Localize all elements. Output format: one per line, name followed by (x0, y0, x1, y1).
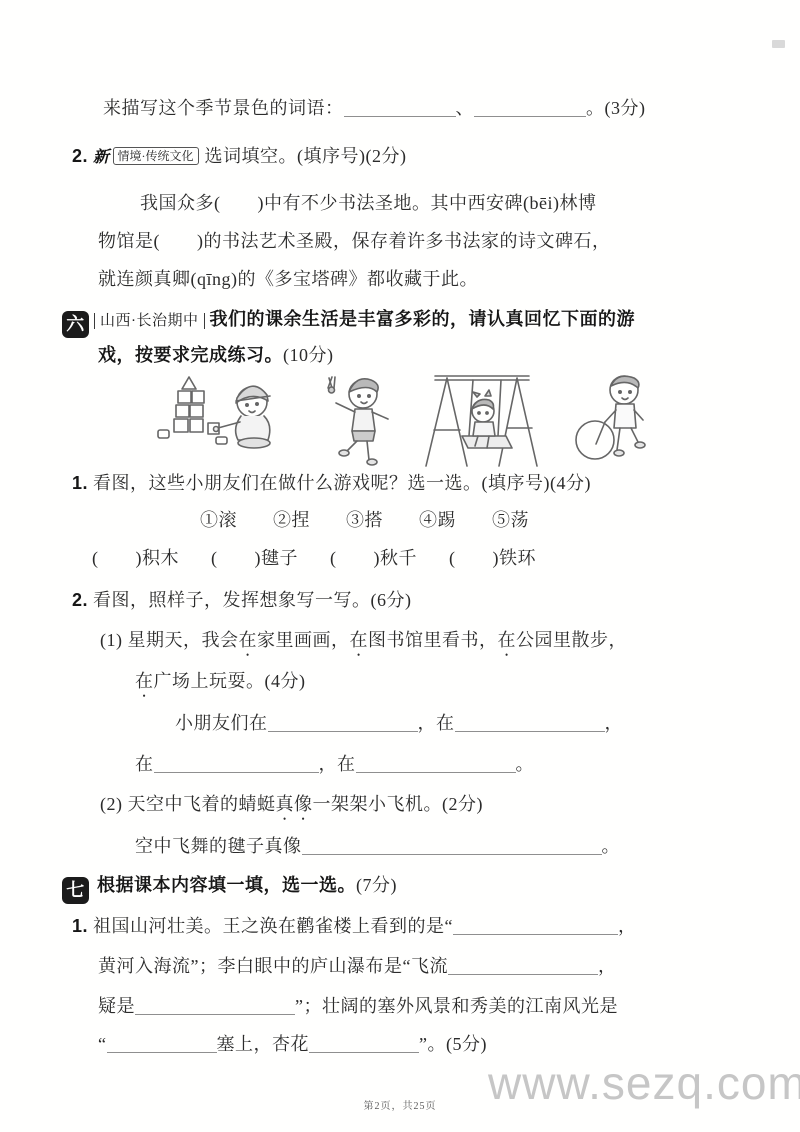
answer-blank (455, 714, 605, 732)
example-text: 天空中飞着的蜻蜓 (128, 794, 276, 814)
emphasized-char: 在 (498, 630, 517, 650)
fill-text: 在 (135, 754, 154, 774)
question-text: ”。 (419, 1034, 446, 1054)
section-title: 我们的课余生活是丰富多彩的，请认真回忆下面的游 (210, 309, 636, 329)
s6-question-1: 1.看图，这些小朋友们在做什么游戏呢？选一选。(填序号)(4分) (72, 470, 591, 496)
answer-slot-swing: ( )秋千 (330, 548, 417, 568)
answer-blank (268, 714, 418, 732)
section-6-badge: 六 (62, 311, 89, 338)
score-label: (2分) (442, 794, 483, 814)
s6-question-2: 2.看图，照样子，发挥想象写一写。(6分) (72, 587, 412, 613)
fill-text: ，在 (418, 713, 455, 733)
question-text: ， (618, 916, 637, 936)
answer-blank (356, 755, 516, 773)
new-tag: 新 (93, 149, 110, 166)
question-text: ”；壮阔的塞外风景和秀美的江南风光是 (295, 996, 618, 1016)
paragraph-text: 就连颜真卿(qīng)的《多宝塔碑》都收藏于此。 (98, 269, 478, 289)
separator: 、 (456, 98, 475, 118)
score-label: (10分) (283, 345, 334, 365)
answer-slot-blocks: ( )积木 (92, 548, 179, 568)
question-prev-line: 来描写这个季节景色的词语：、。(3分) (103, 95, 646, 121)
source-tag: 山西·长治期中 (94, 313, 205, 329)
option-3: ③搭 (346, 510, 383, 530)
section-7-badge: 七 (62, 877, 89, 904)
sub-number: (1) (100, 630, 123, 650)
question-2-header: 2.新情境·传统文化选词填空。(填序号)(2分) (72, 143, 407, 171)
example-text: 图书馆里看书， (368, 630, 498, 650)
question-number: 1. (72, 473, 88, 493)
answer-blank (448, 957, 598, 975)
illustration-swinging (415, 366, 561, 470)
paragraph-text: 物馆是( )的书法艺术圣殿，保存着许多书法家的诗文碑石， (98, 231, 611, 251)
section-title-cont: 戏，按要求完成练习。 (98, 345, 283, 365)
question-text: 疑是 (98, 996, 135, 1016)
illustration-rolling-hoop (572, 370, 662, 468)
question-text: “ (98, 1034, 107, 1054)
option-2: ②捏 (273, 510, 310, 530)
paragraph-text: 我国众多( )中有不少书法圣地。其中西安碑(bēi)林博 (140, 193, 596, 213)
paragraph-line-2: 物馆是( )的书法艺术圣殿，保存着许多书法家的诗文碑石， (98, 228, 611, 254)
fill-text: ，在 (319, 754, 356, 774)
page-number-footer: 第2页，共25页 (0, 1097, 800, 1112)
section-title: 根据课本内容填一填，选一选。 (97, 875, 356, 895)
answer-slot-shuttlecock: ( )毽子 (211, 548, 298, 568)
s6-q1-answers: ( )积木( )毽子( )秋千( )铁环 (92, 545, 568, 571)
answer-slot-hoop: ( )铁环 (449, 548, 536, 568)
question-text: 看图，这些小朋友们在做什么游戏呢？选一选。 (93, 473, 482, 493)
fill-text: 。 (602, 836, 621, 856)
score-label: (7分) (356, 875, 397, 895)
example-text: 一架架小飞机。 (313, 794, 443, 814)
option-5: ⑤荡 (492, 510, 529, 530)
s7-q1-line4: “塞上，杏花”。(5分) (98, 1031, 487, 1057)
option-4: ④踢 (419, 510, 456, 530)
section-6-header-line2: 戏，按要求完成练习。(10分) (98, 342, 334, 368)
s6-q2-sub1-fill-line1: 小朋友们在，在， (175, 710, 623, 736)
score-label: (2分) (366, 146, 407, 166)
answer-blank (135, 997, 295, 1015)
example-text: 广场上玩耍。 (154, 671, 265, 691)
question-number: 2. (72, 590, 88, 610)
s6-q1-options: ①滚②捏③搭④踢⑤荡 (200, 507, 565, 533)
answer-blank (453, 917, 618, 935)
paragraph-line-3: 就连颜真卿(qīng)的《多宝塔碑》都收藏于此。 (98, 266, 478, 292)
exam-paper-page: 来描写这个季节景色的词语：、。(3分) 2.新情境·传统文化选词填空。(填序号)… (0, 0, 800, 1132)
fill-text: 小朋友们在 (175, 713, 268, 733)
fill-text: 空中飞舞的毽子真像 (135, 836, 302, 856)
paragraph-line-1: 我国众多( )中有不少书法圣地。其中西安碑(bēi)林博 (140, 190, 596, 216)
question-text: 祖国山河壮美。王之涣在鹳雀楼上看到的是“ (93, 916, 453, 936)
question-text: 塞上，杏花 (217, 1034, 310, 1054)
period: 。 (586, 98, 605, 118)
answer-blank (309, 1035, 419, 1053)
score-label: (4分) (550, 473, 591, 493)
question-number: 2. (72, 146, 88, 166)
question-title: 选词填空。 (205, 146, 298, 166)
s6-q2-sub1-line2: 在广场上玩耍。(4分) (135, 668, 306, 701)
example-text: 星期天，我会 (128, 630, 239, 650)
s7-q1-line2: 黄河入海流”；李白眼中的庐山瀑布是“飞流， (98, 953, 616, 979)
s6-q2-sub2-line1: (2) 天空中飞着的蜻蜓真像一架架小飞机。(2分) (100, 791, 483, 824)
emphasized-char: 在 (135, 671, 154, 691)
question-text: 黄河入海流”；李白眼中的庐山瀑布是“飞流 (98, 956, 448, 976)
s6-q2-sub1-fill-line2: 在，在。 (135, 751, 534, 777)
s7-q1-line3: 疑是”；壮阔的塞外风景和秀美的江南风光是 (98, 993, 618, 1019)
section-7-header: 七 根据课本内容填一填，选一选。(7分) (62, 872, 397, 904)
option-1: ①滚 (200, 510, 237, 530)
example-text: 家里画画， (257, 630, 350, 650)
question-text: ， (598, 956, 617, 976)
fill-note: (填序号) (482, 473, 551, 493)
illustration-kicking-shuttlecock (318, 372, 398, 468)
illustration-building-blocks (152, 368, 292, 468)
question-text: 看图，照样子，发挥想象写一写。 (93, 590, 371, 610)
context-culture-tag: 情境·传统文化 (113, 147, 199, 165)
score-label: (5分) (446, 1034, 487, 1054)
emphasized-char: 在 (239, 630, 258, 650)
s6-q2-sub2-fill-line: 空中飞舞的毽子真像。 (135, 833, 620, 859)
answer-blank (154, 755, 319, 773)
s6-q2-sub1-line1: (1) 星期天，我会在家里画画，在图书馆里看书，在公园里散步， (100, 627, 627, 660)
score-label: (3分) (605, 98, 646, 118)
question-number: 1. (72, 916, 88, 936)
s7-q1-line1: 1.祖国山河壮美。王之涣在鹳雀楼上看到的是“， (72, 913, 637, 939)
section-6-header: 六山西·长治期中我们的课余生活是丰富多彩的，请认真回忆下面的游 (62, 306, 635, 338)
answer-blank (107, 1035, 217, 1053)
scan-artifact-mark (772, 40, 785, 48)
sub-number: (2) (100, 794, 123, 814)
emphasized-char: 在 (350, 630, 369, 650)
score-label: (4分) (265, 671, 306, 691)
prev-line-text: 来描写这个季节景色的词语： (103, 98, 344, 118)
answer-blank (344, 99, 456, 117)
answer-blank (474, 99, 586, 117)
emphasized-word: 真像 (276, 794, 313, 814)
fill-note: (填序号) (297, 146, 366, 166)
fill-text: ， (605, 713, 624, 733)
fill-text: 。 (516, 754, 535, 774)
answer-blank (302, 837, 602, 855)
example-text: 公园里散步， (516, 630, 627, 650)
score-label: (6分) (371, 590, 412, 610)
